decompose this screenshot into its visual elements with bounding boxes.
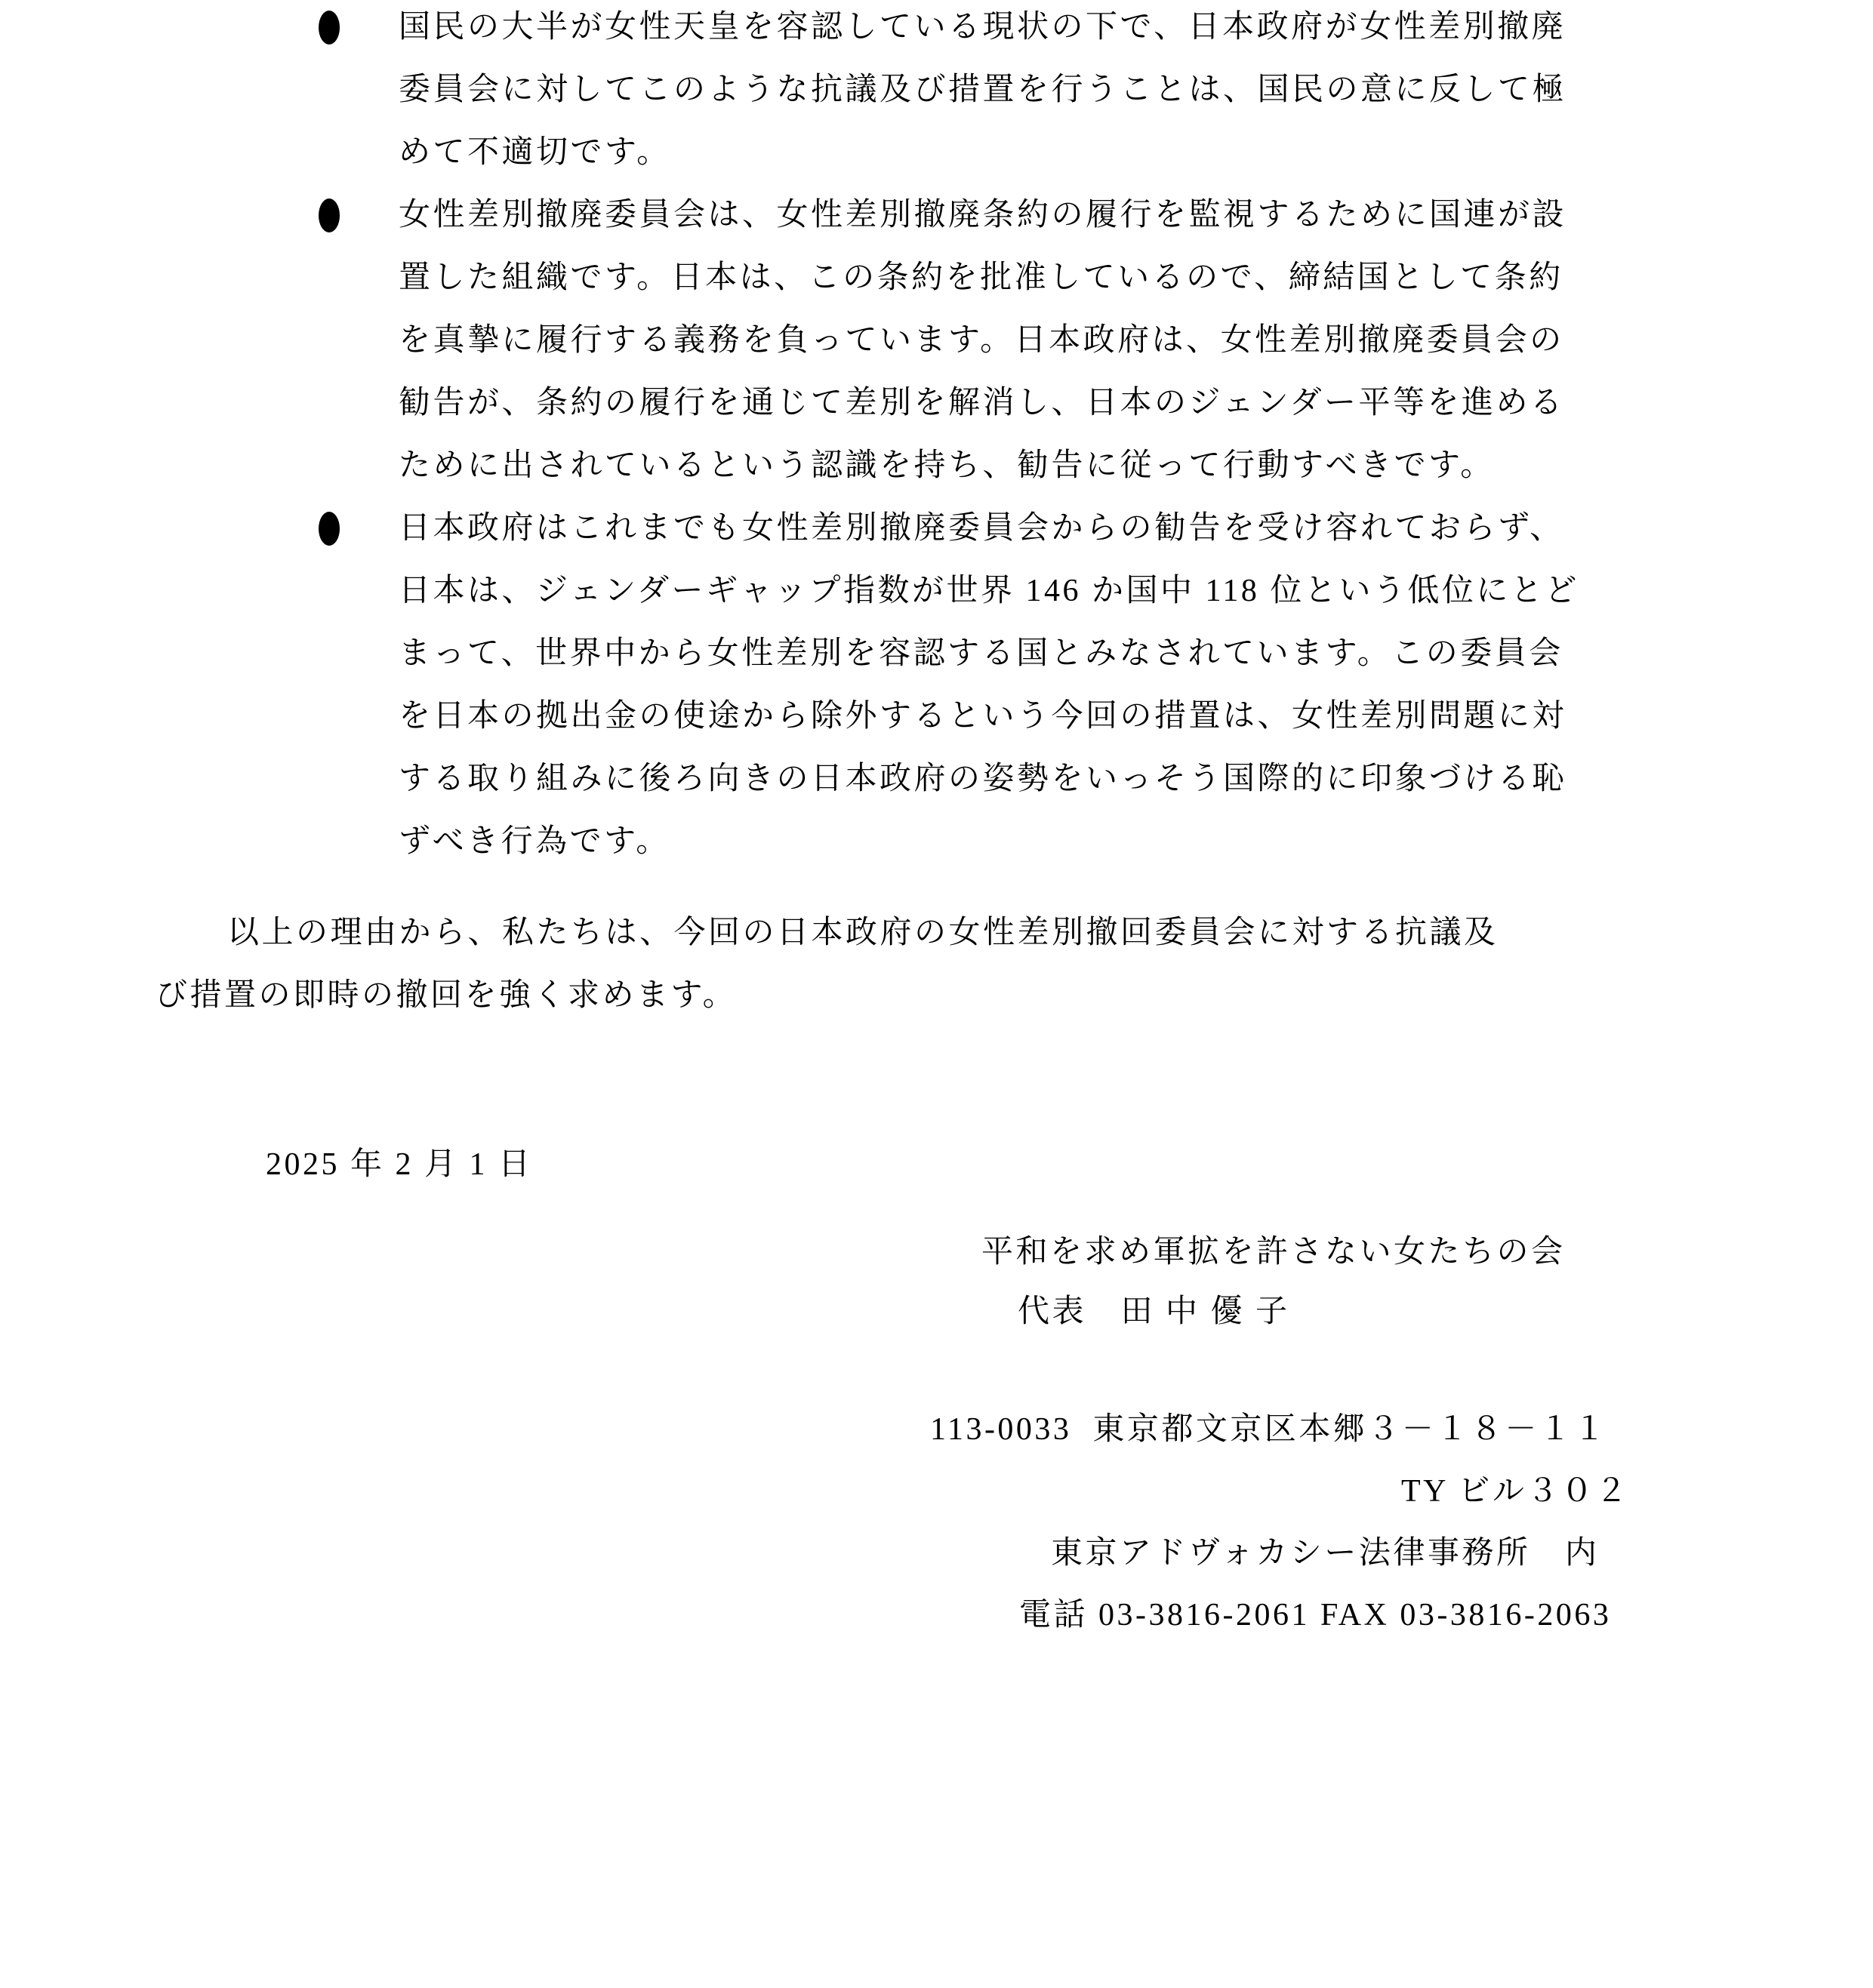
signature-address-line1: 113-0033 東京都文京区本郷３－１８－１１ bbox=[930, 1414, 1608, 1445]
bullet-list: 国民の大半が女性天皇を容認している現状の下で、日本政府が女性差別撤廃 委員会に対… bbox=[156, 0, 1873, 873]
bullet-marker-cell bbox=[156, 0, 399, 45]
bullet-icon bbox=[319, 11, 340, 45]
date-line: 2025 年 2 月 1 日 bbox=[266, 1149, 533, 1180]
bullet-text-2: 女性差別撤廃委員会は、女性差別撤廃条約の履行を監視するために国連が設 置した組織… bbox=[399, 184, 1566, 497]
bullet-icon bbox=[319, 512, 340, 546]
bullet-text-1: 国民の大半が女性天皇を容認している現状の下で、日本政府が女性差別撤廃 委員会に対… bbox=[399, 0, 1566, 184]
bullet-text-3: 日本政府はこれまでも女性差別撤廃委員会からの勧告を受け容れておらず、 日本は、ジ… bbox=[399, 497, 1579, 873]
bullet-item-3: 日本政府はこれまでも女性差別撤廃委員会からの勧告を受け容れておらず、 日本は、ジ… bbox=[156, 497, 1873, 873]
bullet-marker-cell bbox=[156, 184, 399, 232]
closing-paragraph: 以上の理由から、私たちは、今回の日本政府の女性差別撤回委員会に対する抗議及 び措… bbox=[156, 902, 1873, 1027]
signature-organization: 平和を求め軍拡を許さない女たちの会 bbox=[981, 1236, 1566, 1268]
signature-address-line2: TY ビル３０２ bbox=[1401, 1476, 1630, 1507]
bullet-item-2: 女性差別撤廃委員会は、女性差別撤廃条約の履行を監視するために国連が設 置した組織… bbox=[156, 184, 1873, 497]
bullet-marker-cell bbox=[156, 497, 399, 546]
document-page: 国民の大半が女性天皇を容認している現状の下で、日本政府が女性差別撤廃 委員会に対… bbox=[0, 0, 1873, 1988]
bullet-item-1: 国民の大半が女性天皇を容認している現状の下で、日本政府が女性差別撤廃 委員会に対… bbox=[156, 0, 1873, 184]
signature-address-line3: 東京アドヴォカシー法律事務所 内 bbox=[1051, 1537, 1599, 1569]
signature-phone-fax: 電話 03-3816-2061 FAX 03-3816-2063 bbox=[1019, 1599, 1611, 1631]
bullet-icon bbox=[319, 198, 340, 232]
signature-representative: 代表 田 中 優 子 bbox=[1018, 1296, 1290, 1328]
